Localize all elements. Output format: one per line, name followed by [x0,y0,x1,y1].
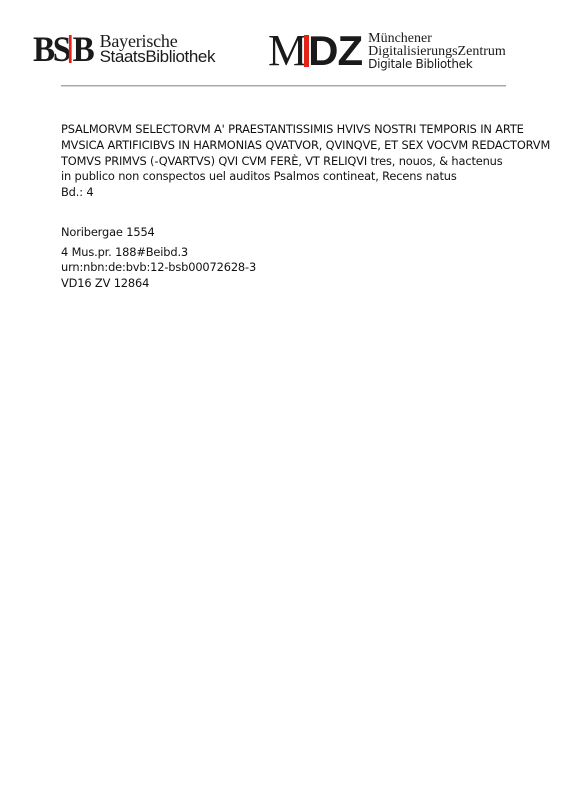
title-line: in publico non conspectos uel auditos Ps… [61,169,550,185]
header-separator [61,85,506,87]
bsb-mark-right: B [73,29,93,69]
mdz-line2: DigitalisierungsZentrum [368,45,506,58]
mdz-logo-text: Münchener DigitalisierungsZentrum Digita… [368,32,506,71]
bsb-mark-left: BS [33,29,69,69]
shelfmark: 4 Mus.pr. 188#Beibd.3 [61,245,256,261]
bsb-logo: BSB Bayerische StaatsBibliothek [33,31,215,67]
title-line: TOMVS PRIMVS (-QVARTVS) QVI CVM FERÈ, VT… [61,154,550,170]
vd16-number: VD16 ZV 12864 [61,276,256,292]
mdz-line1: Münchener [368,32,506,45]
mdz-logo: MDZ Münchener DigitalisierungsZentrum Di… [268,31,506,71]
mdz-mark-left: M [268,31,304,71]
title-line: MVSICA ARTIFICIBVS IN HARMONIAS QVATVOR,… [61,138,550,154]
bsb-logo-text: Bayerische StaatsBibliothek [100,33,216,65]
urn: urn:nbn:de:bvb:12-bsb00072628-3 [61,260,256,276]
bsb-name-line2: StaatsBibliothek [100,49,216,65]
bsb-red-bar-icon [69,35,72,63]
mdz-line3: Digitale Bibliothek [368,58,506,71]
mdz-logo-mark: MDZ [268,31,362,71]
volume-line: Bd.: 4 [61,185,550,201]
record-title: PSALMORVM SELECTORVM A' PRAESTANTISSIMIS… [61,122,550,201]
place-date: Noribergae 1554 [61,225,256,241]
record-metadata: Noribergae 1554 4 Mus.pr. 188#Beibd.3 ur… [61,225,256,291]
title-line: PSALMORVM SELECTORVM A' PRAESTANTISSIMIS… [61,122,550,138]
bsb-logo-mark: BSB [33,31,92,67]
mdz-mark-right: DZ [308,31,362,71]
